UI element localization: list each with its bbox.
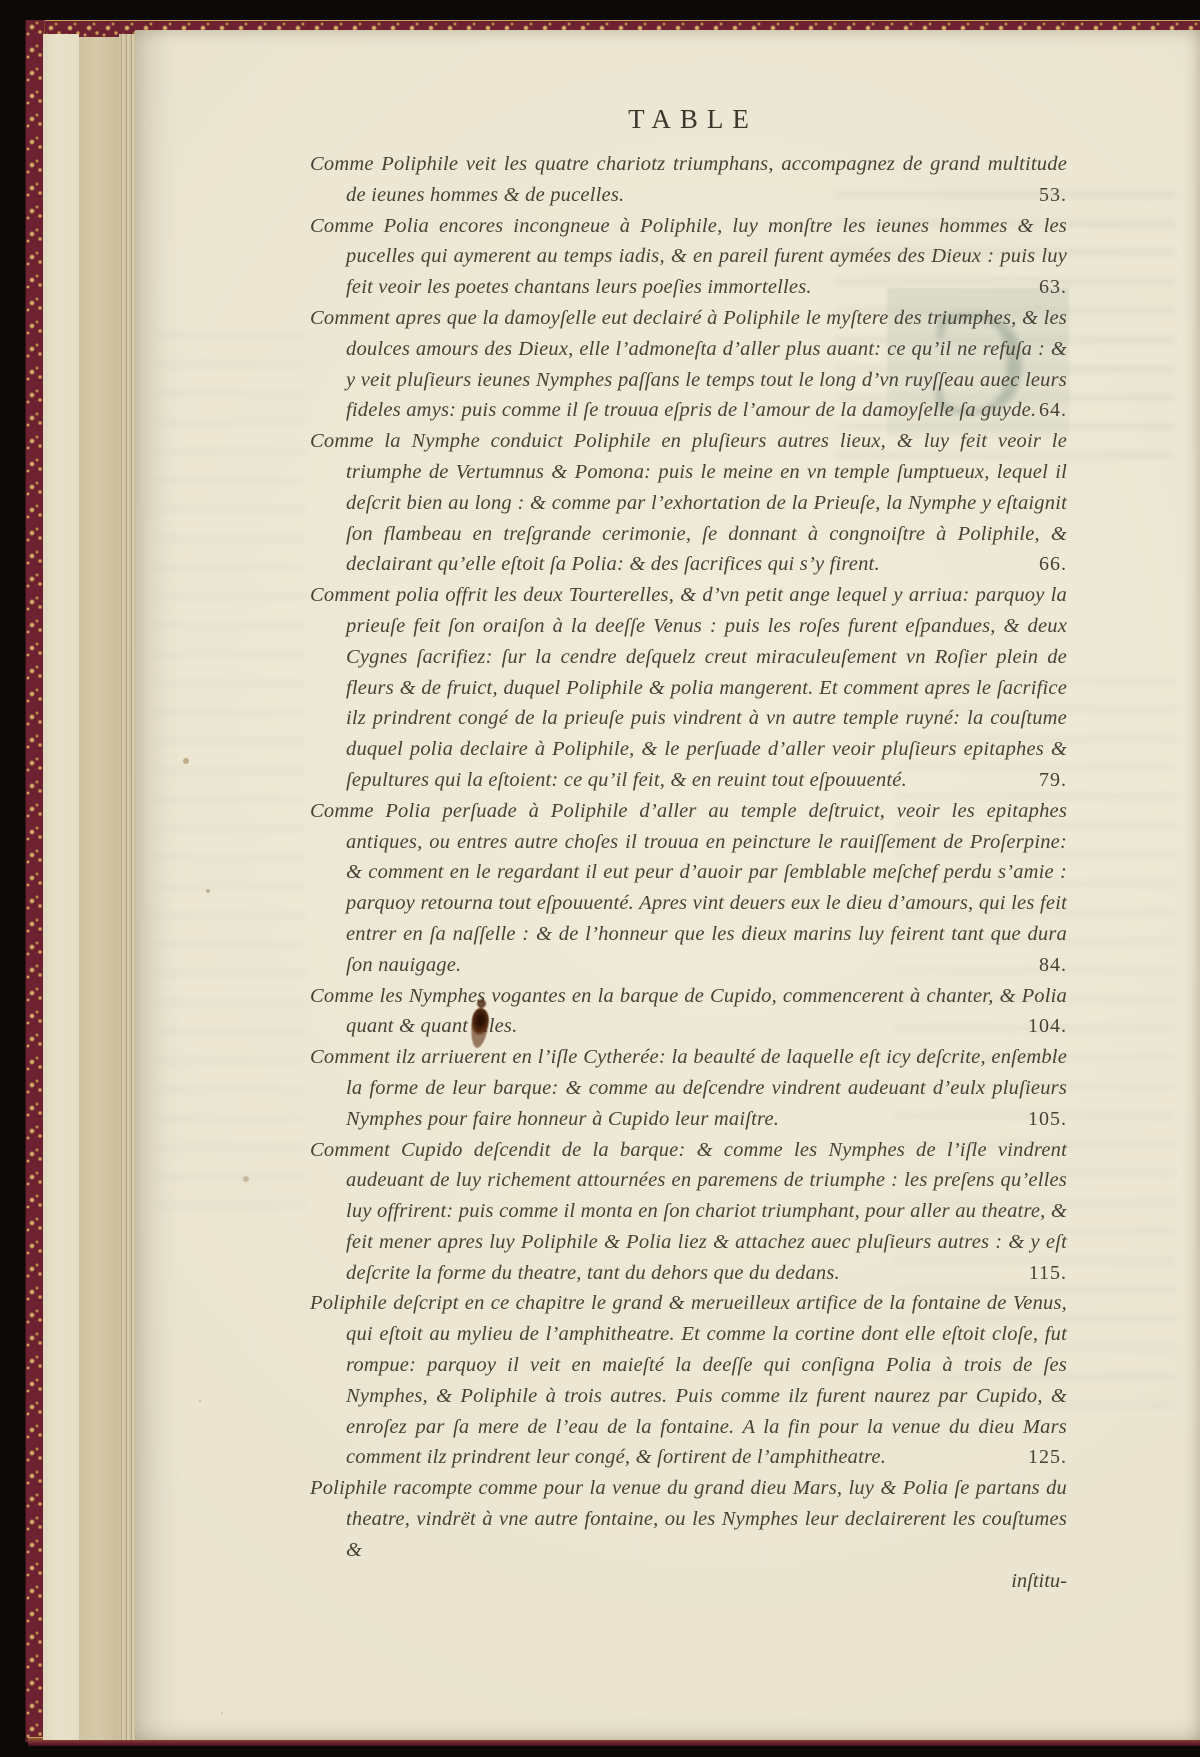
toc-entry-page-number: 104. <box>1028 1011 1067 1042</box>
toc-entry-text: Comme Polia encores incongneue à Poliphi… <box>310 215 1067 299</box>
toc-entry-page-number: 125. <box>1028 1442 1067 1473</box>
table-of-contents: TABLE Comme Poliphile veit les quatre ch… <box>310 102 1067 1596</box>
page-edge-tan <box>79 37 119 1740</box>
toc-entry-text: Comment polia offrit les deux Tourterell… <box>310 584 1067 791</box>
page-title: TABLE <box>310 102 1067 136</box>
toc-entry-page-number: 64. <box>1039 395 1067 426</box>
showthrough-text-ghost <box>155 330 305 1230</box>
toc-entries: Comme Poliphile veit les quatre chariotz… <box>310 149 1067 1566</box>
toc-entry: Comment apres que la damoyſelle eut decl… <box>310 303 1067 426</box>
toc-entry-page-number: 53. <box>1039 180 1067 211</box>
toc-entry: Comme Poliphile veit les quatre chariotz… <box>310 149 1067 211</box>
toc-entry-page-number: 63. <box>1039 272 1067 303</box>
binding-gilt-border-left <box>25 20 45 1742</box>
toc-entry: Comment polia offrit les deux Tourterell… <box>310 580 1067 796</box>
toc-entry-page-number: 66. <box>1039 549 1067 580</box>
toc-entry-page-number: 84. <box>1039 950 1067 981</box>
toc-entry-text: Comment ilz arriuerent en l’iſle Cytheré… <box>310 1046 1067 1130</box>
toc-entry: Comme les Nymphes vogantes en la barque … <box>310 981 1067 1043</box>
toc-entry: Comme Polia perſuade à Poliphile d’aller… <box>310 796 1067 981</box>
book-photograph: C TABLE Comme Poliphile veit les quatre … <box>0 0 1200 1757</box>
page-edge-cream <box>43 34 79 1740</box>
toc-entry: Comme Polia encores incongneue à Poliphi… <box>310 211 1067 303</box>
toc-entry-page-number: 115. <box>1029 1258 1067 1289</box>
page-edge-stacked-leaves <box>119 34 135 1740</box>
toc-entry-text: Comme Polia perſuade à Poliphile d’aller… <box>310 800 1067 976</box>
toc-entry-page-number: 79. <box>1039 765 1067 796</box>
toc-entry-text: Comme la Nymphe conduict Poliphile en pl… <box>310 430 1067 575</box>
toc-entry-page-number: 105. <box>1028 1104 1067 1135</box>
catchword: inſtitu- <box>310 1566 1067 1597</box>
foxing-spots <box>183 758 189 764</box>
toc-entry-text: Poliphile deſcript en ce chapitre le gra… <box>310 1292 1067 1468</box>
toc-entry: Poliphile deſcript en ce chapitre le gra… <box>310 1288 1067 1473</box>
toc-entry-text: Comment apres que la damoyſelle eut decl… <box>310 307 1067 421</box>
toc-entry-text: Poliphile racompte comme pour la venue d… <box>310 1477 1067 1561</box>
toc-entry: Comment Cupido deſcendit de la barque: &… <box>310 1135 1067 1289</box>
toc-entry: Poliphile racompte comme pour la venue d… <box>310 1473 1067 1565</box>
toc-entry: Comme la Nymphe conduict Poliphile en pl… <box>310 426 1067 580</box>
book-page: C TABLE Comme Poliphile veit les quatre … <box>135 30 1200 1740</box>
toc-entry-text: Comme les Nymphes vogantes en la barque … <box>310 985 1067 1038</box>
toc-entry: Comment ilz arriuerent en l’iſle Cytheré… <box>310 1042 1067 1134</box>
toc-entry-text: Comment Cupido deſcendit de la barque: &… <box>310 1139 1067 1284</box>
toc-entry-text: Comme Poliphile veit les quatre chariotz… <box>310 153 1067 206</box>
